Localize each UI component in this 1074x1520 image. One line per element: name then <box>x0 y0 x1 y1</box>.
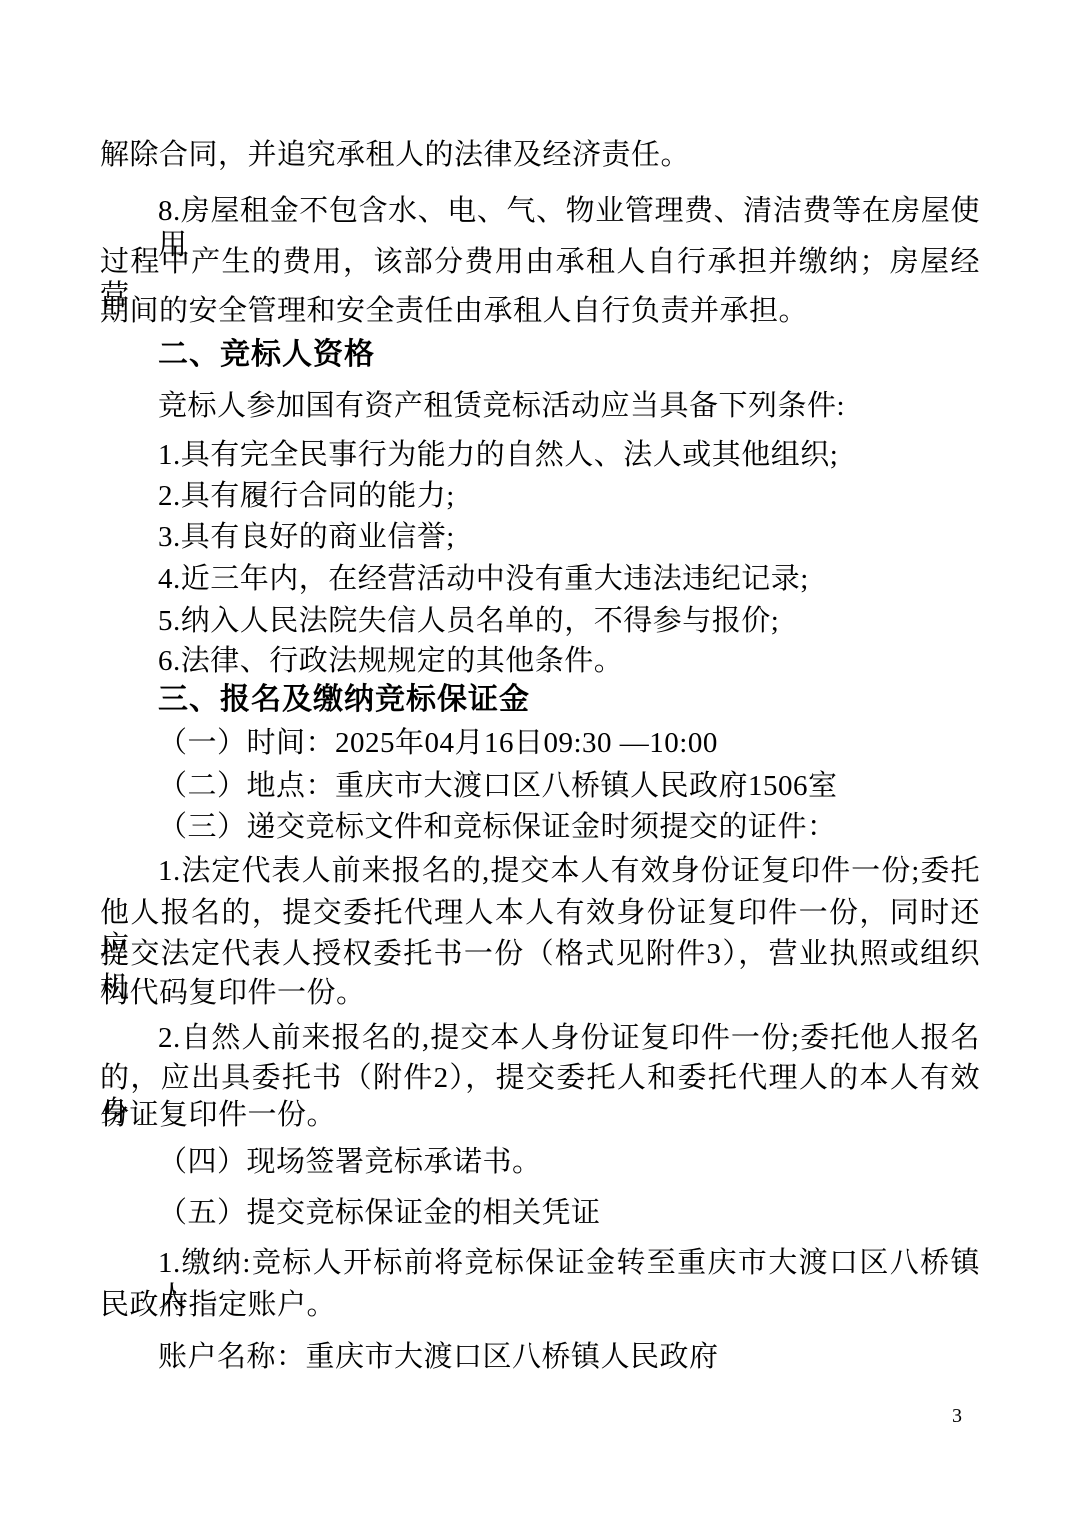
registration-time: （一）时间：2025年04月16日09:30 —10:00 <box>100 726 980 760</box>
legal-representative-clause-line-1: 1.法定代表人前来报名的,提交本人有效身份证复印件一份;委托 <box>100 854 980 888</box>
legal-representative-clause-line-4: 构代码复印件一份。 <box>100 976 980 1010</box>
section-3-heading: 三、报名及缴纳竞标保证金 <box>100 683 980 717</box>
onsite-commitment-clause: （四）现场签署竞标承诺书。 <box>100 1145 980 1179</box>
qualification-item-2: 2.具有履行合同的能力; <box>100 479 980 513</box>
qualification-item-3: 3.具有良好的商业信誉; <box>100 520 980 554</box>
deposit-payment-clause-line-2: 民政府指定账户。 <box>100 1288 980 1322</box>
registration-location: （二）地点：重庆市大渡口区八桥镇人民政府1506室 <box>100 769 980 803</box>
natural-person-clause-line-3: 份证复印件一份。 <box>100 1098 980 1132</box>
natural-person-clause-line-1: 2.自然人前来报名的,提交本人身份证复印件一份;委托他人报名 <box>100 1021 980 1055</box>
clause-8-line-3: 期间的安全管理和安全责任由承租人自行负责并承担。 <box>100 294 980 328</box>
qualification-intro: 竞标人参加国有资产租赁竞标活动应当具备下列条件: <box>100 389 980 423</box>
document-page: 解除合同，并追究承租人的法律及经济责任。 8.房屋租金不包含水、电、气、物业管理… <box>0 0 1074 1520</box>
required-documents-heading: （三）递交竞标文件和竞标保证金时须提交的证件： <box>100 810 980 844</box>
clause-7-continuation-line: 解除合同，并追究承租人的法律及经济责任。 <box>100 138 980 172</box>
qualification-item-6: 6.法律、行政法规规定的其他条件。 <box>100 644 980 678</box>
page-number: 3 <box>952 1404 962 1428</box>
qualification-item-1: 1.具有完全民事行为能力的自然人、法人或其他组织; <box>100 438 980 472</box>
qualification-item-5: 5.纳入人民法院失信人员名单的，不得参与报价; <box>100 604 980 638</box>
deposit-voucher-heading: （五）提交竞标保证金的相关凭证 <box>100 1196 980 1230</box>
account-name: 账户名称：重庆市大渡口区八桥镇人民政府 <box>100 1340 980 1374</box>
section-2-heading: 二、竞标人资格 <box>100 338 980 372</box>
qualification-item-4: 4.近三年内，在经营活动中没有重大违法违纪记录; <box>100 562 980 596</box>
